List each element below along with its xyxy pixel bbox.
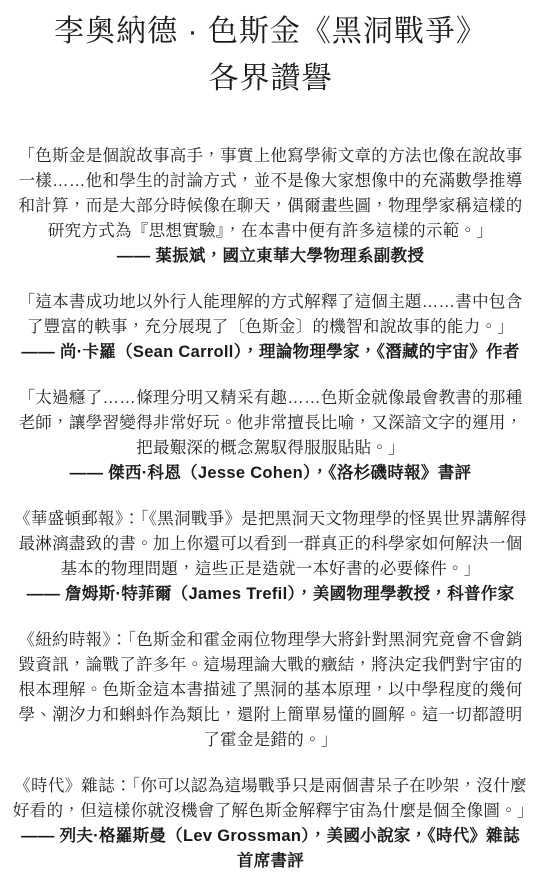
page-title: 李奧納德 · 色斯金《黑洞戰爭》 各界讚譽 [13,8,528,102]
quote-attribution: —— 詹姆斯·特菲爾（James Trefil），美國物理學教授，科普作家 [13,582,528,607]
quote-attribution: —— 傑西·科恩（Jesse Cohen），《洛杉磯時報》書評 [13,461,528,486]
quote-text: 《華盛頓郵報》：「《黑洞戰爭》是把黑洞天文物理學的怪異世界講解得最淋漓盡致的書。… [13,507,528,582]
quote-block: 《時代》雜誌：「你可以認為這場戰爭只是兩個書呆子在吵架，沒什麼好看的，但這樣你就… [13,774,528,874]
quote-text: 《紐約時報》：「色斯金和霍金兩位物理學大將針對黑洞究竟會不會銷毀資訊，論戰了許多… [13,628,528,753]
quote-block: 「太過癮了……條理分明又精采有趣……色斯金就像最會教書的那種老師，讓學習變得非常… [13,386,528,486]
quote-text: 「色斯金是個說故事高手，事實上他寫學術文章的方法也像在說故事一樣……他和學生的討… [13,144,528,244]
page-title-line2: 各界讚譽 [209,62,333,95]
quote-attribution: —— 列夫·格羅斯曼（Lev Grossman），美國小說家，《時代》雜誌首席書… [13,824,528,874]
quote-block: 「色斯金是個說故事高手，事實上他寫學術文章的方法也像在說故事一樣……他和學生的討… [13,144,528,269]
quote-text: 《時代》雜誌：「你可以認為這場戰爭只是兩個書呆子在吵架，沒什麼好看的，但這樣你就… [13,774,528,824]
quote-attribution: —— 葉振斌，國立東華大學物理系副教授 [13,244,528,269]
quote-attribution: —— 尚·卡羅（Sean Carroll），理論物理學家，《潛藏的宇宙》作者 [13,340,528,365]
quote-block: 《華盛頓郵報》：「《黑洞戰爭》是把黑洞天文物理學的怪異世界講解得最淋漓盡致的書。… [13,507,528,607]
quote-block: 《紐約時報》：「色斯金和霍金兩位物理學大將針對黑洞究竟會不會銷毀資訊，論戰了許多… [13,628,528,753]
quote-block: 「這本書成功地以外行人能理解的方式解釋了這個主題……書中包含了豐富的軼事，充分展… [13,290,528,365]
quote-text: 「太過癮了……條理分明又精采有趣……色斯金就像最會教書的那種老師，讓學習變得非常… [13,386,528,461]
book-praise-page: 李奧納德 · 色斯金《黑洞戰爭》 各界讚譽 「色斯金是個說故事高手，事實上他寫學… [0,0,541,884]
quotes-list: 「色斯金是個說故事高手，事實上他寫學術文章的方法也像在說故事一樣……他和學生的討… [13,144,528,874]
page-title-line1: 李奧納德 · 色斯金《黑洞戰爭》 [54,15,487,48]
quote-text: 「這本書成功地以外行人能理解的方式解釋了這個主題……書中包含了豐富的軼事，充分展… [13,290,528,340]
